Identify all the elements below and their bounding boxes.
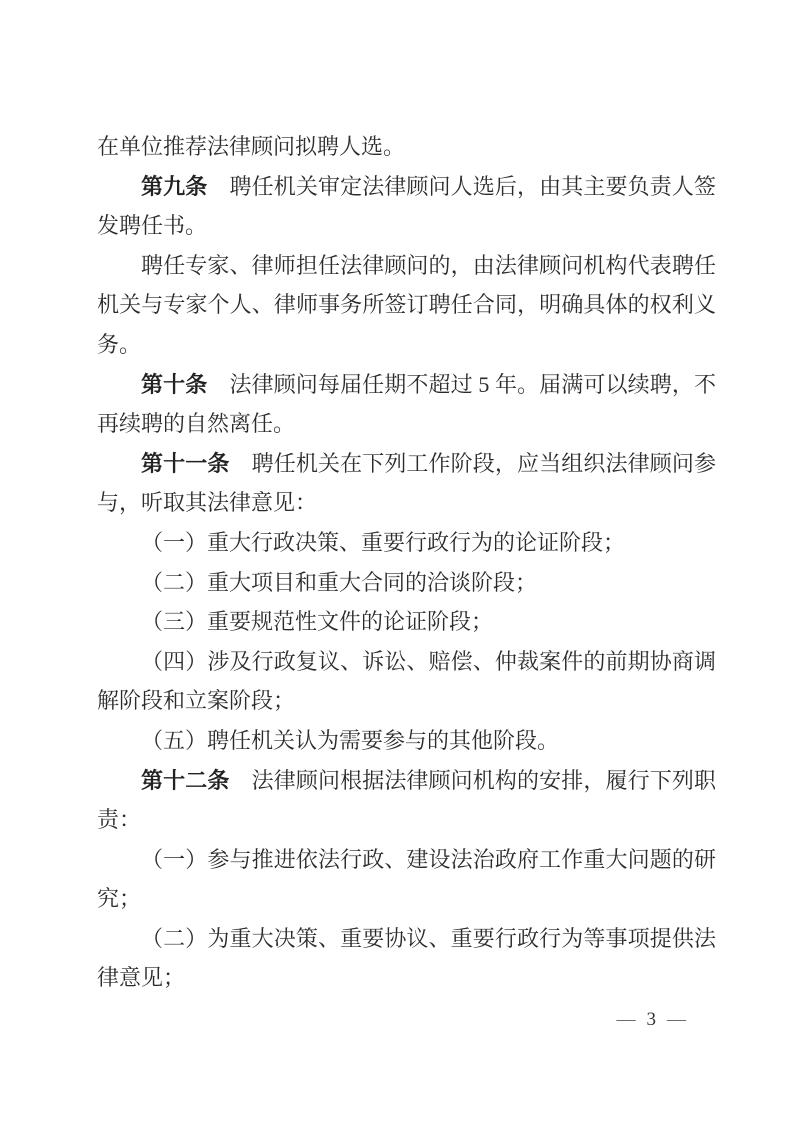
paragraph: 聘任专家、律师担任法律顾问的，由法律顾问机构代表聘任机关与专家个人、律师事务所签… [97,246,716,365]
paragraph: 在单位推荐法律顾问拟聘人选。 [97,127,716,167]
paragraph: （二）为重大决策、重要协议、重要行政行为等事项提供法律意见； [97,919,716,998]
document-page: 在单位推荐法律顾问拟聘人选。第九条聘任机关审定法律顾问人选后，由其主要负责人签发… [0,0,800,1131]
paragraph-text: （五）聘任机关认为需要参与的其他阶段。 [141,728,559,753]
paragraph-text: （三）重要规范性文件的论证阶段； [141,609,493,634]
article-number: 第十条 [141,372,229,397]
paragraph-text: （四）涉及行政复议、诉讼、赔偿、仲裁案件的前期协商调解阶段和立案阶段； [97,649,716,714]
paragraph-text: 在单位推荐法律顾问拟聘人选。 [97,134,405,159]
page-number-dash-right: — [667,1009,686,1030]
paragraph: （一）参与推进依法行政、建设法治政府工作重大问题的研究； [97,840,716,919]
paragraph: （四）涉及行政复议、诉讼、赔偿、仲裁案件的前期协商调解阶段和立案阶段； [97,642,716,721]
article-number: 第九条 [141,174,229,199]
page-number-dash-left: — [617,1009,636,1030]
paragraph: （一）重大行政决策、重要行政行为的论证阶段； [97,523,716,563]
paragraph: （三）重要规范性文件的论证阶段； [97,602,716,642]
paragraph: 第十二条法律顾问根据法律顾问机构的安排，履行下列职责： [97,761,716,840]
paragraph-text: （一）参与推进依法行政、建设法治政府工作重大问题的研究； [97,847,716,912]
paragraph-text: 聘任专家、律师担任法律顾问的，由法律顾问机构代表聘任机关与专家个人、律师事务所签… [97,253,716,357]
paragraph: （五）聘任机关认为需要参与的其他阶段。 [97,721,716,761]
paragraph-text: （二）为重大决策、重要协议、重要行政行为等事项提供法律意见； [97,926,716,991]
article-number: 第十二条 [141,768,252,793]
paragraph-text: （一）重大行政决策、重要行政行为的论证阶段； [141,530,625,555]
page-number: —3— [617,1009,687,1031]
article-number: 第十一条 [141,451,252,476]
document-body: 在单位推荐法律顾问拟聘人选。第九条聘任机关审定法律顾问人选后，由其主要负责人签发… [97,127,716,998]
paragraph: 第十一条聘任机关在下列工作阶段，应当组织法律顾问参与，听取其法律意见： [97,444,716,523]
paragraph: 第十条法律顾问每届任期不超过 5 年。届满可以续聘，不再续聘的自然离任。 [97,365,716,444]
page-number-value: 3 [647,1009,657,1031]
paragraph: 第九条聘任机关审定法律顾问人选后，由其主要负责人签发聘任书。 [97,167,716,246]
paragraph-text: （二）重大项目和重大合同的洽谈阶段； [141,570,537,595]
paragraph: （二）重大项目和重大合同的洽谈阶段； [97,563,716,603]
